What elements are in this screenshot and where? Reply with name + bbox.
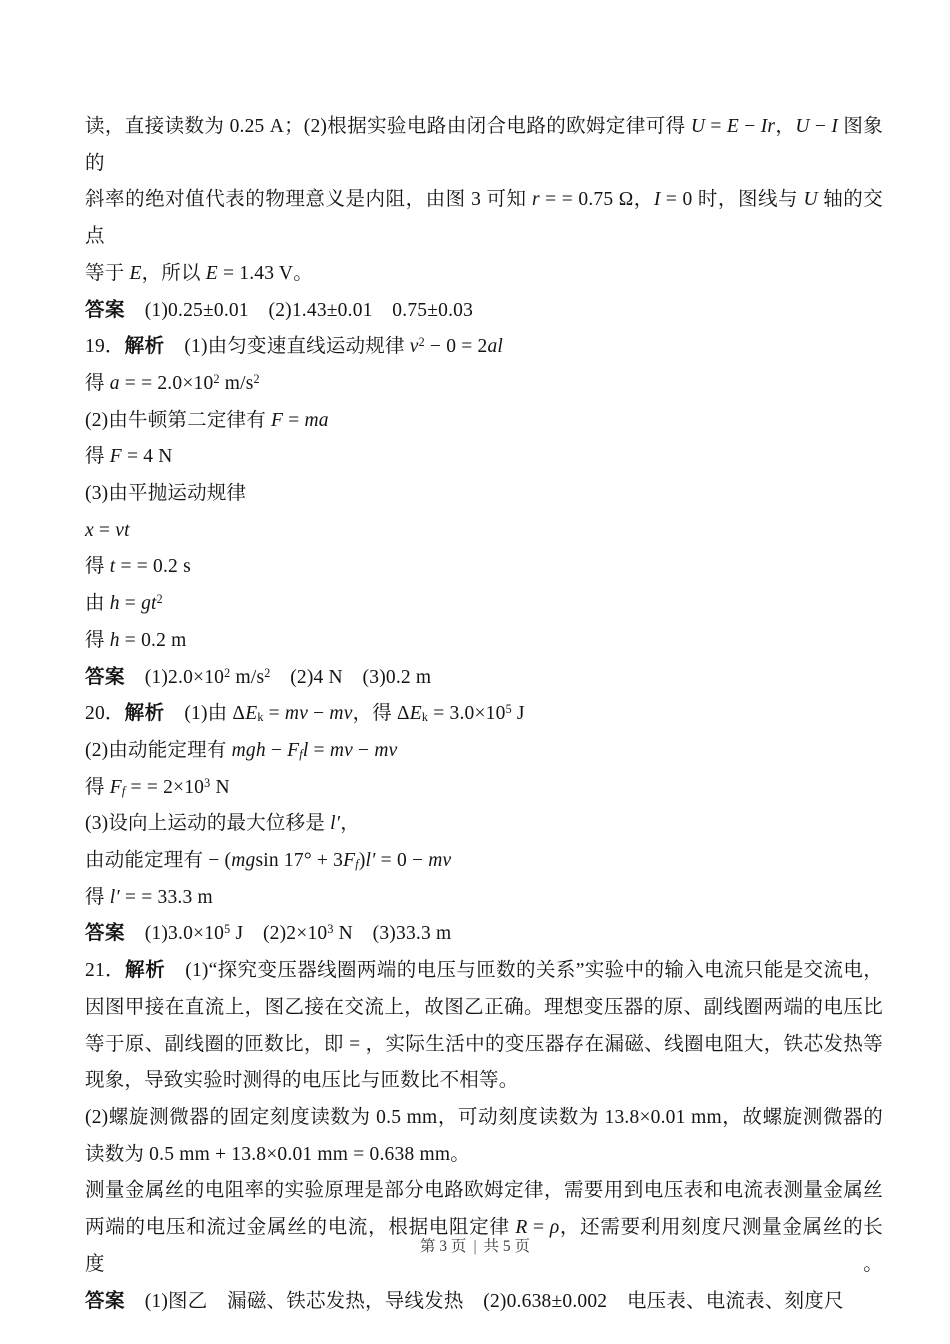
text-segment: E — [410, 703, 422, 724]
text-segment: F — [287, 740, 299, 761]
text-segment: m/s — [220, 373, 254, 394]
text-line: 21．解析 (1)“探究变压器线圈两端的电压与匝数的关系”实验中的输入电流只能是… — [85, 953, 883, 990]
text-segment: = = 0.75 Ω， — [540, 189, 654, 210]
text-segment: ， — [340, 813, 360, 834]
text-segment: 得 — [85, 373, 110, 394]
page-footer: 第 3 页|共 5 页 — [0, 1234, 950, 1256]
text-segment: 由 — [85, 593, 110, 614]
text-line: (2)由牛顿第二定律有 F = ma — [85, 403, 883, 440]
text-segment: − — [353, 740, 374, 761]
text-segment: N — [210, 777, 229, 798]
text-segment: 2 — [254, 372, 260, 386]
text-segment: m/s — [230, 667, 264, 688]
text-segment: ，所以 — [142, 263, 206, 284]
text-segment: = — [705, 116, 727, 137]
text-segment: 得 — [85, 446, 110, 467]
text-segment: gt — [141, 593, 157, 614]
text-segment: J (2)2×10 — [230, 923, 327, 944]
text-segment: (1)“探究变压器线圈两端的电压与匝数的关系”实验中的输入电流只能是交流电， — [165, 960, 883, 981]
text-segment: F — [271, 410, 283, 431]
text-segment: 等于 — [85, 263, 129, 284]
text-segment: = 0 − — [376, 850, 429, 871]
text-line: 读，直接读数为 0.25 A；(2)根据实验电路由闭合电路的欧姆定律可得 U =… — [85, 109, 883, 182]
bold-label: 答案 — [85, 300, 125, 321]
text-segment: mg — [231, 850, 255, 871]
text-segment: (2)由牛顿第二定律有 — [85, 410, 271, 431]
text-segment: l′ — [330, 813, 340, 834]
bold-label: 答案 — [85, 1291, 125, 1312]
text-segment: (1)图乙 漏磁、铁芯发热，导线发热 (2)0.638±0.002 电压表、电流… — [125, 1291, 844, 1312]
text-segment: N (3)33.3 m — [334, 923, 452, 944]
text-segment: = = 33.3 m — [120, 887, 213, 908]
document-page: 读，直接读数为 0.25 A；(2)根据实验电路由闭合电路的欧姆定律可得 U =… — [0, 0, 950, 1344]
footer-page-number: 第 3 页 — [420, 1238, 467, 1255]
text-segment: 20． — [85, 703, 125, 724]
text-segment: − 0 = 2 — [425, 336, 488, 357]
text-segment: Ir — [761, 116, 775, 137]
bold-label: 答案 — [85, 923, 125, 944]
text-segment: 等于原、副线圈的匝数比，即 = ，实际生活中的变压器存在漏磁、线圈电阻大，铁芯发… — [85, 1034, 883, 1055]
text-line: 因图甲接在直流上，图乙接在交流上，故图乙正确。理想变压器的原、副线圈两端的电压比 — [85, 990, 883, 1027]
text-segment: (1)3.0×10 — [125, 923, 224, 944]
text-segment: (1)由匀变速直线运动规律 — [165, 336, 410, 357]
text-segment: = 3.0×10 — [428, 703, 505, 724]
text-segment: (3)设向上运动的最大位移是 — [85, 813, 330, 834]
text-segment: − — [739, 116, 761, 137]
text-line: 19．解析 (1)由匀变速直线运动规律 v2 − 0 = 2al — [85, 329, 883, 366]
text-line: 等于 E，所以 E = 1.43 V。 — [85, 256, 883, 293]
text-segment: mv — [285, 703, 308, 724]
text-segment: U — [691, 116, 705, 137]
text-segment: = — [308, 740, 329, 761]
text-segment: E — [727, 116, 739, 137]
text-segment: 得 — [85, 556, 110, 577]
text-segment: − — [308, 703, 329, 724]
text-segment: = — [264, 703, 285, 724]
text-segment: mgh — [232, 740, 266, 761]
text-segment: E — [245, 703, 257, 724]
text-line: 20．解析 (1)由 ΔEk = mv − mv，得 ΔEk = 3.0×105… — [85, 696, 883, 733]
footer-total-pages: 共 5 页 — [484, 1238, 531, 1255]
text-segment: (2)4 N (3)0.2 m — [271, 667, 432, 688]
text-segment: mv — [428, 850, 451, 871]
text-segment: E — [129, 263, 141, 284]
text-line: (2)由动能定理有 mgh − Ffl = mv − mv — [85, 733, 883, 770]
text-segment: mv — [330, 740, 353, 761]
text-segment: 读数为 0.5 mm + 13.8×0.01 mm = 0.638 mm。 — [85, 1144, 470, 1165]
text-segment: = = 2.0×10 — [120, 373, 214, 394]
text-segment: I — [654, 189, 661, 210]
text-segment: mv — [329, 703, 352, 724]
text-line: 得 F = 4 N — [85, 439, 883, 476]
text-line: 得 t = = 0.2 s — [85, 549, 883, 586]
text-line: 等于原、副线圈的匝数比，即 = ，实际生活中的变压器存在漏磁、线圈电阻大，铁芯发… — [85, 1027, 883, 1064]
text-line: 得 Ff = = 2×103 N — [85, 770, 883, 807]
text-segment: F — [110, 446, 122, 467]
text-segment: = = 2×10 — [125, 777, 204, 798]
text-segment: r — [532, 189, 540, 210]
text-segment: = 1.43 V。 — [218, 263, 313, 284]
text-segment: − — [266, 740, 287, 761]
text-segment: U — [795, 116, 809, 137]
text-segment: 现象，导致实验时测得的电压比与匝数比不相等。 — [85, 1070, 518, 1091]
text-segment: ) — [359, 850, 366, 871]
text-line: (3)由平抛运动规律 — [85, 476, 883, 513]
text-segment: 2 — [157, 592, 163, 606]
footer-separator: | — [473, 1238, 476, 1255]
text-line: 由动能定理有 − (mgsin 17° + 3Ff)l′ = 0 − mv — [85, 843, 883, 880]
text-segment: U — [804, 189, 818, 210]
text-segment: = — [94, 520, 115, 541]
text-segment: = — [120, 593, 141, 614]
bold-label: 解析 — [125, 960, 165, 981]
text-line: 读数为 0.5 mm + 13.8×0.01 mm = 0.638 mm。 — [85, 1137, 883, 1174]
text-segment: h — [110, 593, 120, 614]
text-segment: (3)由平抛运动规律 — [85, 483, 246, 504]
text-segment: ，得 Δ — [353, 703, 410, 724]
text-line: 答案 (1)3.0×105 J (2)2×103 N (3)33.3 m — [85, 916, 883, 953]
text-segment: 读，直接读数为 0.25 A；(2)根据实验电路由闭合电路的欧姆定律可得 — [85, 116, 691, 137]
text-segment: F — [343, 850, 355, 871]
text-segment: a — [110, 373, 120, 394]
text-segment: (1)由 Δ — [165, 703, 246, 724]
text-segment: = 0.2 m — [120, 630, 187, 651]
text-segment: = — [283, 410, 304, 431]
text-segment: l′ — [366, 850, 376, 871]
text-line: 斜率的绝对值代表的物理意义是内阻，由图 3 可知 r = = 0.75 Ω，I … — [85, 182, 883, 255]
text-segment: − — [810, 116, 832, 137]
text-segment: 因图甲接在直流上，图乙接在交流上，故图乙正确。理想变压器的原、副线圈两端的电压比 — [85, 997, 883, 1018]
text-segment: 由动能定理有 − ( — [85, 850, 231, 871]
text-line: 答案 (1)图乙 漏磁、铁芯发热，导线发热 (2)0.638±0.002 电压表… — [85, 1284, 883, 1321]
text-segment: 得 — [85, 777, 110, 798]
text-segment: = = 0.2 s — [115, 556, 190, 577]
text-segment: (1)2.0×10 — [125, 667, 224, 688]
text-segment: = 4 N — [122, 446, 173, 467]
text-segment: E — [206, 263, 218, 284]
text-segment: 得 — [85, 630, 110, 651]
text-segment: v — [410, 336, 419, 357]
text-segment: = 0 时，图线与 — [661, 189, 804, 210]
bold-label: 解析 — [125, 703, 165, 724]
text-segment: ， — [775, 116, 795, 137]
text-line: (2)螺旋测微器的固定刻度读数为 0.5 mm，可动刻度读数为 13.8×0.0… — [85, 1100, 883, 1137]
text-line: 答案 (1)2.0×102 m/s2 (2)4 N (3)0.2 m — [85, 660, 883, 697]
bold-label: 答案 — [85, 667, 125, 688]
text-segment: ma — [305, 410, 329, 431]
document-body: 读，直接读数为 0.25 A；(2)根据实验电路由闭合电路的欧姆定律可得 U =… — [85, 109, 883, 1320]
text-line: 现象，导致实验时测得的电压比与匝数比不相等。 — [85, 1063, 883, 1100]
text-segment: l′ — [110, 887, 120, 908]
text-segment: al — [487, 336, 503, 357]
text-line: 答案 (1)0.25±0.01 (2)1.43±0.01 0.75±0.03 — [85, 293, 883, 330]
text-segment: x — [85, 520, 94, 541]
text-segment: (1)0.25±0.01 (2)1.43±0.01 0.75±0.03 — [125, 300, 473, 321]
text-segment: sin 17° + 3 — [255, 850, 343, 871]
text-line: 由 h = gt2 — [85, 586, 883, 623]
text-segment: vt — [115, 520, 129, 541]
text-line: x = vt — [85, 513, 883, 550]
text-segment: mv — [374, 740, 397, 761]
text-line: 得 h = 0.2 m — [85, 623, 883, 660]
text-line: (3)设向上运动的最大位移是 l′， — [85, 806, 883, 843]
text-segment: 测量金属丝的电阻率的实验原理是部分电路欧姆定律，需要用到电压表和电流表测量金属丝 — [85, 1180, 883, 1201]
text-segment: (2)螺旋测微器的固定刻度读数为 0.5 mm，可动刻度读数为 13.8×0.0… — [85, 1107, 883, 1128]
text-segment: 21． — [85, 960, 125, 981]
text-segment: 得 — [85, 887, 110, 908]
text-segment: 斜率的绝对值代表的物理意义是内阻，由图 3 可知 — [85, 189, 532, 210]
text-line: 得 a = = 2.0×102 m/s2 — [85, 366, 883, 403]
text-segment: h — [110, 630, 120, 651]
text-segment: (2)由动能定理有 — [85, 740, 232, 761]
text-segment: F — [110, 777, 122, 798]
text-line: 测量金属丝的电阻率的实验原理是部分电路欧姆定律，需要用到电压表和电流表测量金属丝 — [85, 1173, 883, 1210]
bold-label: 解析 — [125, 336, 165, 357]
text-segment: 19． — [85, 336, 125, 357]
text-line: 得 l′ = = 33.3 m — [85, 880, 883, 917]
text-segment: J — [512, 703, 525, 724]
